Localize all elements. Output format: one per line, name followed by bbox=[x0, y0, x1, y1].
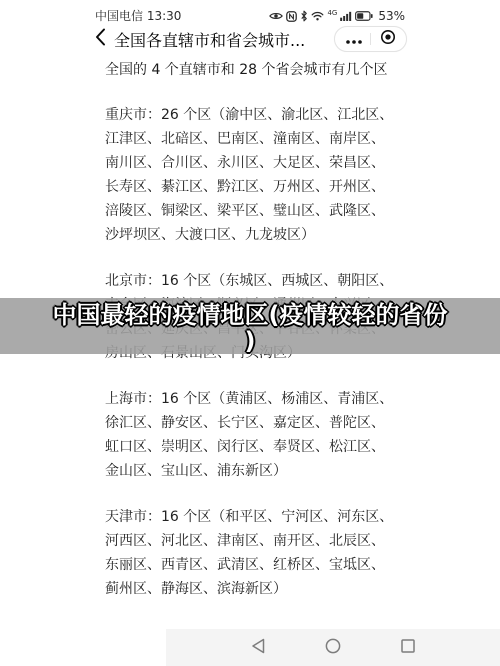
screenshot-canvas: 中国电信 13:30 4G bbox=[0, 0, 500, 666]
district-paragraph: 天津市：16 个区（和平区、宁河区、河东区、河西区、河北区、津南区、南开区、北辰… bbox=[105, 505, 395, 601]
wifi-icon bbox=[311, 11, 324, 21]
watermark-text-line2: ) bbox=[245, 328, 256, 354]
watermark-text-line1: 中国最轻的疫情地区(疫情较轻的省份 bbox=[53, 302, 448, 328]
recents-square-button[interactable] bbox=[398, 638, 418, 658]
battery-icon bbox=[355, 11, 373, 21]
article-title: 全国的 4 个直辖市和 28 个省会城市有几个区 bbox=[105, 59, 395, 81]
chevron-left-icon bbox=[95, 28, 106, 50]
status-bar: 中国电信 13:30 4G bbox=[83, 0, 417, 23]
close-button[interactable] bbox=[371, 27, 404, 51]
signal-bars-icon bbox=[340, 11, 352, 21]
district-paragraph: 重庆市：26 个区（渝中区、渝北区、江北区、江津区、北碚区、巴南区、潼南区、南岸… bbox=[105, 103, 395, 247]
miniprogram-capsule bbox=[334, 26, 407, 52]
home-circle-icon bbox=[325, 638, 341, 658]
network-type-label: 4G bbox=[327, 6, 337, 20]
district-paragraph: 上海市：16 个区（黄浦区、杨浦区、青浦区、徐汇区、静安区、长宁区、嘉定区、普陀… bbox=[105, 387, 395, 483]
more-button[interactable] bbox=[337, 27, 370, 51]
page-title: 全国各直辖市和省会城市... bbox=[114, 28, 334, 51]
nav-bar: 全国各直辖市和省会城市... bbox=[83, 25, 417, 53]
back-button[interactable] bbox=[95, 28, 106, 50]
android-nav-bar bbox=[166, 629, 500, 666]
carrier-time-label: 中国电信 13:30 bbox=[95, 9, 181, 23]
ellipsis-icon bbox=[345, 30, 363, 49]
watermark-overlay: 中国最轻的疫情地区(疫情较轻的省份 ) bbox=[0, 298, 500, 354]
recents-square-icon bbox=[401, 638, 415, 657]
target-circle-icon bbox=[380, 29, 396, 49]
battery-percent-label: 53% bbox=[378, 9, 405, 23]
bluetooth-icon bbox=[300, 10, 308, 22]
back-triangle-button[interactable] bbox=[248, 638, 268, 658]
home-circle-button[interactable] bbox=[323, 638, 343, 658]
nfc-icon bbox=[286, 11, 297, 22]
back-triangle-icon bbox=[251, 638, 265, 658]
status-icons: 4G 53% bbox=[269, 9, 405, 23]
eye-icon bbox=[269, 11, 283, 21]
